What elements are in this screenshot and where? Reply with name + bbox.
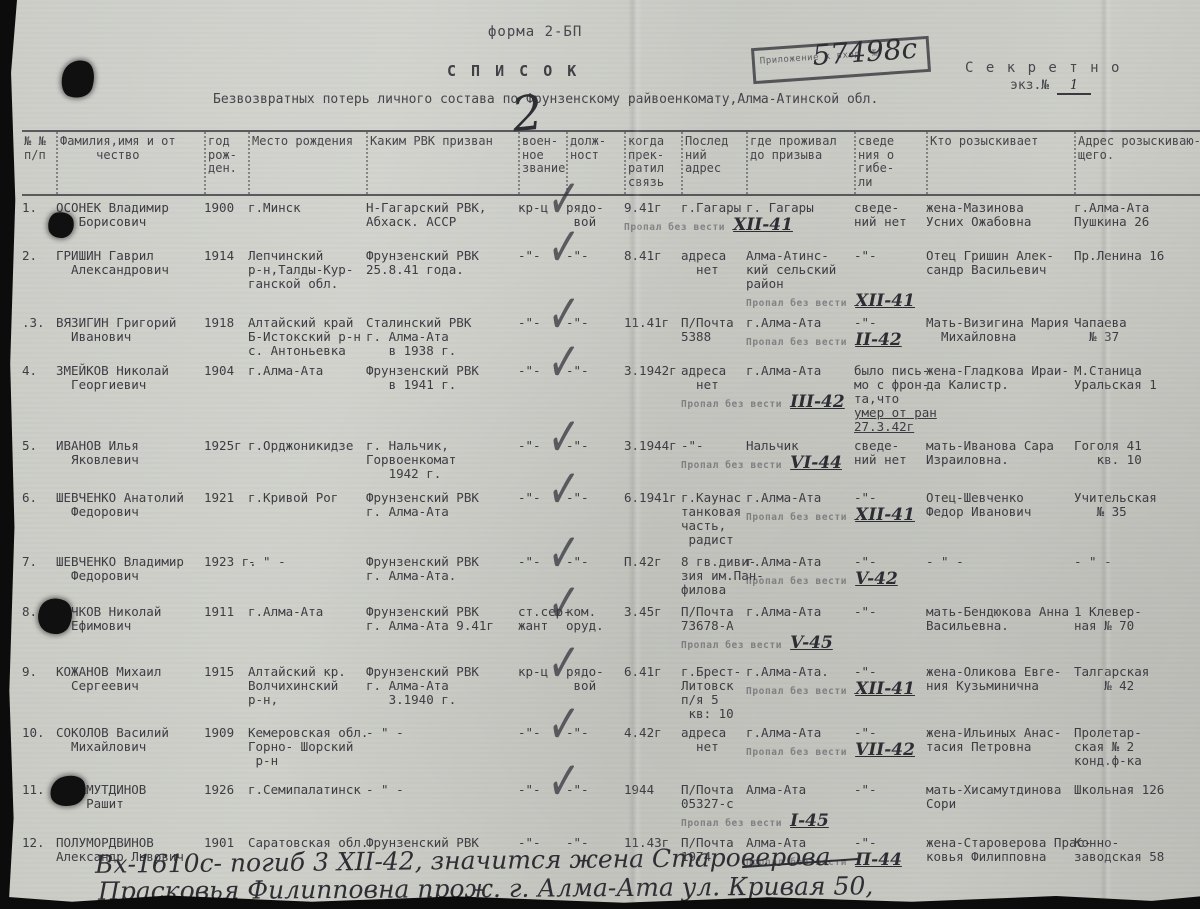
secrecy-label: С е к р е т н о — [965, 60, 1121, 76]
cell-seeker_addr: - " - — [1074, 550, 1200, 600]
cell-duty: ком. оруд. — [566, 600, 624, 660]
missing-in-action-stamp: Пропал без вестиI-45 — [681, 814, 746, 831]
loss-table: № № п/пФамилия,имя и от чествогод рож- д… — [22, 130, 1200, 871]
column-header-last_addr: Послед ний адрес — [681, 132, 746, 194]
cell-seeker_addr: г.Алма-Ата Пушкина 26 — [1074, 196, 1200, 244]
column-header-seeker_addr: Адрес розыскиваю- щего. — [1074, 132, 1200, 194]
copy-number-value: 1 — [1057, 78, 1091, 95]
table-row: 4.ЗМЕЙКОВ Николай Георгиевич1904г.Алма-А… — [22, 359, 1200, 434]
cell-last_addr: г.Брест- Литовск п/я 5 кв: 10 — [681, 660, 746, 721]
cell-duty: -"- — [566, 244, 624, 311]
table-row: .3.ВЯЗИГИН Григорий Иванович1918Алтайски… — [22, 311, 1200, 359]
cell-seeker: жена-Староверова Прас- ковья Филипповна — [926, 831, 1074, 871]
cell-duty: рядо- вой — [566, 660, 624, 721]
missing-in-action-stamp: Пропал без вестиXII-41 — [746, 682, 854, 699]
cell-info: было пись- мо с фрон- та,чтоумер от ран … — [854, 359, 926, 434]
table-row: 11.ХИСАМУТДИНОВ Рашит1926г.Семипалатинск… — [22, 778, 1200, 831]
scan-edge-left — [0, 0, 17, 909]
cell-seeker_addr: Чапаева № 37 — [1074, 311, 1200, 359]
intake-stamp-number: 57498с — [811, 32, 918, 72]
cell-lived: г.Алма-АтаПропал без вестиXII-41 — [746, 486, 854, 550]
cell-name: ВЯЗИГИН Григорий Иванович — [56, 311, 204, 359]
column-header-info: сведе ния о гибе- ли — [854, 132, 926, 194]
scanned-document: форма 2-БП С П И С О К Безвозвратных пот… — [0, 0, 1200, 909]
cell-duty: -"- — [566, 721, 624, 778]
cell-seeker_addr: Школьная 126 — [1074, 778, 1200, 831]
cell-seeker_addr: 1 Клевер- ная № 70 — [1074, 600, 1200, 660]
cell-lived: Нальчик — [746, 434, 854, 486]
cell-birthplace: Лепчинский р-н,Талды-Кур- ганской обл. — [248, 244, 366, 311]
cell-info: -"- — [854, 660, 926, 721]
cell-seeker_addr: М.Станица Уральская 1 — [1074, 359, 1200, 434]
cell-when_lost: 8.41г — [624, 244, 681, 311]
cell-rvk: Фрунзенский РВК г. Алма-Ата — [366, 486, 518, 550]
cell-last_addr: адреса нет — [681, 244, 746, 311]
document-subtitle: Безвозвратных потерь личного состава по … — [213, 92, 878, 107]
cell-seeker_addr: Пр.Ленина 16 — [1074, 244, 1200, 311]
cell-rank: -"-✓ — [518, 434, 566, 486]
missing-in-action-stamp: Пропал без вестиXII-41 — [624, 218, 681, 235]
cell-birthplace: г.Минск — [248, 196, 366, 244]
cell-seeker: Мать-Визигина Мария Михайловна — [926, 311, 1074, 359]
cell-rank: -"-✓ — [518, 359, 566, 434]
cell-birthplace: - " - — [248, 550, 366, 600]
cell-seeker: Отец-Шевченко Федор Иванович — [926, 486, 1074, 550]
cell-rvk: - " - — [366, 721, 518, 778]
column-header-name: Фамилия,имя и от чество — [56, 132, 204, 194]
cell-when_lost: 3.1942г — [624, 359, 681, 434]
cell-info: -"- — [854, 550, 926, 600]
cell-num: 6. — [22, 486, 56, 550]
missing-in-action-stamp: Пропал без вестиXII-41 — [746, 508, 854, 525]
cell-lived: г.Алма-АтаПропал без вестиII-42 — [746, 311, 854, 359]
cell-rvk: - " - — [366, 778, 518, 831]
cell-info: -"- — [854, 486, 926, 550]
death-note-underlined: умер от ран 27.3.42г — [854, 406, 926, 434]
cell-year: 1904 — [204, 359, 248, 434]
cell-lived: г.Алма-АтаПропал без вестиV-42 — [746, 550, 854, 600]
cell-info: -"- — [854, 721, 926, 778]
column-header-rvk: Каким РВК призван — [366, 132, 518, 194]
cell-last_addr: -"-Пропал без вестиVI-44 — [681, 434, 746, 486]
cell-when_lost: 3.45г — [624, 600, 681, 660]
cell-rvk: Сталинский РВК г. Алма-Ата в 1938 г. — [366, 311, 518, 359]
missing-in-action-stamp: Пропал без вестиV-45 — [681, 636, 746, 653]
cell-num: 12. — [22, 831, 56, 871]
cell-year: 1909 — [204, 721, 248, 778]
cell-last_addr: адреса нетПропал без вестиIII-42 — [681, 359, 746, 434]
column-header-duty: долж- ност — [566, 132, 624, 194]
copy-number-label: экз.№ — [1010, 78, 1049, 93]
cell-seeker_addr: Пролетар- ская № 2 конд.ф-ка — [1074, 721, 1200, 778]
cell-info: сведе- ний нет — [854, 196, 926, 244]
cell-rank: кр-ц✓ — [518, 660, 566, 721]
cell-last_addr: г.Гагары — [681, 196, 746, 244]
cell-info: -"- — [854, 831, 926, 871]
cell-when_lost: 6.1941г — [624, 486, 681, 550]
cell-seeker: жена-Ильиных Анас- тасия Петровна — [926, 721, 1074, 778]
cell-name: ШЕВЧЕНКО Владимир Федорович — [56, 550, 204, 600]
table-row: 5.ИВАНОВ Илья Яковлевич1925гг.Орджоникид… — [22, 434, 1200, 486]
cell-rank: -"-✓ — [518, 486, 566, 550]
cell-seeker: Отец Гришин Алек- сандр Васильевич — [926, 244, 1074, 311]
cell-duty: -"- — [566, 550, 624, 600]
cell-seeker: жена-Мазинова Усних Ожабовна — [926, 196, 1074, 244]
cell-seeker_addr: Талгарская № 42 — [1074, 660, 1200, 721]
cell-last_addr: П/Почта 05327-сПропал без вестиI-45 — [681, 778, 746, 831]
cell-year: 1914 — [204, 244, 248, 311]
cell-name: ШЕВЧЕНКО Анатолий Федорович — [56, 486, 204, 550]
cell-rvk: Фрунзенский РВК г. Алма-Ата. — [366, 550, 518, 600]
cell-rank: -"-✓ — [518, 778, 566, 831]
cell-seeker_addr: Учительская № 35 — [1074, 486, 1200, 550]
table-body: 1.ОСОНЕК Владимир Борисович1900г.МинскН-… — [22, 196, 1200, 871]
table-row: 8.ЖУЧКОВ Николай Ефимович1911г.Алма-АтаФ… — [22, 600, 1200, 660]
cell-seeker: жена-Оликова Евге- ния Кузьминична — [926, 660, 1074, 721]
cell-lived: г.Алма-АтаПропал без вестиVII-42 — [746, 721, 854, 778]
cell-birthplace: г.Алма-Ата — [248, 359, 366, 434]
table-row: 9.КОЖАНОВ Михаил Сергеевич1915Алтайский … — [22, 660, 1200, 721]
cell-rvk: Н-Гагарский РВК, Абхаск. АССР — [366, 196, 518, 244]
document-title: С П И С О К — [447, 62, 579, 80]
table-row: 10.СОКОЛОВ Василий Михайлович1909Кемеров… — [22, 721, 1200, 778]
missing-in-action-stamp: Пропал без вестиIII-42 — [681, 395, 746, 412]
cell-name: ЖУЧКОВ Николай Ефимович — [56, 600, 204, 660]
table-header: № № п/пФамилия,имя и от чествогод рож- д… — [22, 130, 1200, 196]
column-header-rank: воен- ное звание — [518, 132, 566, 194]
cell-duty: -"- — [566, 486, 624, 550]
cell-seeker: мать-Бендюкова Анна Васильевна. — [926, 600, 1074, 660]
cell-year: 1915 — [204, 660, 248, 721]
column-header-birthplace: Место рождения — [248, 132, 366, 194]
cell-rvk: Фрунзенский РВК г. Алма-Ата 9.41г — [366, 600, 518, 660]
cell-name: ОСОНЕК Владимир Борисович — [56, 196, 204, 244]
cell-info: -"- — [854, 244, 926, 311]
cell-birthplace: Алтайский край Б-Истокский р-н с. Антонь… — [248, 311, 366, 359]
cell-rvk: Фрунзенский РВК г. Алма-Ата 3.1940 г. — [366, 660, 518, 721]
cell-rank: -"-✓ — [518, 721, 566, 778]
cell-when_lost: 3.1944г — [624, 434, 681, 486]
cell-num: 5. — [22, 434, 56, 486]
cell-when_lost: 4.42г — [624, 721, 681, 778]
paper-hole — [58, 57, 99, 102]
cell-duty: -"- — [566, 434, 624, 486]
cell-lived: г. Гагары — [746, 196, 854, 244]
cell-when_lost: 6.41г — [624, 660, 681, 721]
cell-rvk: г. Нальчик, Горвоенкомат 1942 г. — [366, 434, 518, 486]
cell-lived: Алма-Ата — [746, 778, 854, 831]
cell-duty: -"- — [566, 311, 624, 359]
cell-rank: ст.сер- жант✓ — [518, 600, 566, 660]
cell-num: 2. — [22, 244, 56, 311]
cell-year: 1925г — [204, 434, 248, 486]
cell-seeker: - " - — [926, 550, 1074, 600]
copy-number: экз.№ 1 — [1010, 78, 1091, 95]
cell-rvk: Фрунзенский РВК 25.8.41 года. — [366, 244, 518, 311]
cell-year: 1921 — [204, 486, 248, 550]
cell-birthplace: г.Алма-Ата — [248, 600, 366, 660]
cell-when_lost: 1944 — [624, 778, 681, 831]
cell-name: СОКОЛОВ Василий Михайлович — [56, 721, 204, 778]
cell-year: 1911 — [204, 600, 248, 660]
cell-rvk: Фрунзенский РВК в 1941 г. — [366, 359, 518, 434]
cell-info: -"- — [854, 311, 926, 359]
table-row: 2.ГРИШИН Гаврил Александрович1914Лепчинс… — [22, 244, 1200, 311]
cell-lived: г.Алма-Ата — [746, 359, 854, 434]
missing-in-action-stamp: Пропал без вестиVII-42 — [746, 743, 854, 760]
column-header-seeker: Кто розыскивает — [926, 132, 1074, 194]
cell-seeker: мать-Иванова Сара Израиловна. — [926, 434, 1074, 486]
cell-seeker_addr: Конно- заводская 58 — [1074, 831, 1200, 871]
cell-num: .3. — [22, 311, 56, 359]
cell-birthplace: Алтайский кр. Волчихинский р-н, — [248, 660, 366, 721]
cell-birthplace: Кемеровская обл. Горно- Шорский р-н — [248, 721, 366, 778]
cell-name: ИВАНОВ Илья Яковлевич — [56, 434, 204, 486]
cell-rank: кр-ц✓ — [518, 196, 566, 244]
cell-when_lost: П.42г — [624, 550, 681, 600]
cell-year: 1900 — [204, 196, 248, 244]
cell-num: 9. — [22, 660, 56, 721]
cell-lived: г.Алма-Ата.Пропал без вестиXII-41 — [746, 660, 854, 721]
cell-last_addr: 8 гв.диви- зия им.Пан- филова — [681, 550, 746, 600]
cell-birthplace: г.Орджоникидзе — [248, 434, 366, 486]
column-header-lived: где проживал до призыва — [746, 132, 854, 194]
column-header-year: год рож- ден. — [204, 132, 248, 194]
cell-info: сведе- ний нет — [854, 434, 926, 486]
cell-seeker: мать-Хисамутдинова Сори — [926, 778, 1074, 831]
cell-name: КОЖАНОВ Михаил Сергеевич — [56, 660, 204, 721]
cell-rank: -"-✓ — [518, 311, 566, 359]
cell-last_addr: П/Почта 5388 — [681, 311, 746, 359]
cell-num: 7. — [22, 550, 56, 600]
missing-in-action-stamp: Пропал без вестиII-42 — [746, 333, 854, 350]
cell-lived: г.Алма-Ата — [746, 600, 854, 660]
cell-info: -"- — [854, 778, 926, 831]
cell-year: 1918 — [204, 311, 248, 359]
cell-duty: -"- — [566, 359, 624, 434]
missing-in-action-stamp: Пропал без вестиV-42 — [746, 572, 854, 589]
form-number-label: форма 2-БП — [488, 24, 582, 40]
table-row: 6.ШЕВЧЕНКО Анатолий Федорович1921г.Криво… — [22, 486, 1200, 550]
table-row: 7.ШЕВЧЕНКО Владимир Федорович1923 г.- " … — [22, 550, 1200, 600]
table-row: 1.ОСОНЕК Владимир Борисович1900г.МинскН-… — [22, 196, 1200, 244]
cell-birthplace: г.Семипалатинск — [248, 778, 366, 831]
cell-name: ЗМЕЙКОВ Николай Георгиевич — [56, 359, 204, 434]
cell-num: 10. — [22, 721, 56, 778]
missing-in-action-stamp: Пропал без вестиVI-44 — [681, 456, 746, 473]
cell-duty: рядо- вой — [566, 196, 624, 244]
cell-last_addr: г.Каунас танковая часть, радист — [681, 486, 746, 550]
missing-in-action-stamp: Пропал без вестиXII-41 — [746, 294, 854, 311]
column-header-when_lost: когда прек- ратил связь — [624, 132, 681, 194]
column-header-num: № № п/п — [22, 132, 56, 194]
cell-seeker: жена-Гладкова Ираи- да Калистр. — [926, 359, 1074, 434]
cell-seeker_addr: Гоголя 41 кв. 10 — [1074, 434, 1200, 486]
cell-when_lost: 9.41гПропал без вестиXII-41 — [624, 196, 681, 244]
cell-name: ГРИШИН Гаврил Александрович — [56, 244, 204, 311]
cell-lived: Алма-Атинс- кий сельский районПропал без… — [746, 244, 854, 311]
cell-year: 1923 г. — [204, 550, 248, 600]
cell-last_addr: адреса нет — [681, 721, 746, 778]
cell-when_lost: 11.41г — [624, 311, 681, 359]
intake-stamp: Приложение к вход. № 57498с — [751, 36, 931, 84]
cell-num: 4. — [22, 359, 56, 434]
cell-year: 1926 — [204, 778, 248, 831]
cell-last_addr: П/Почта 73678-АПропал без вестиV-45 — [681, 600, 746, 660]
cell-info: -"- — [854, 600, 926, 660]
cell-duty: -"- — [566, 778, 624, 831]
cell-rank: -"-✓ — [518, 244, 566, 311]
cell-rank: -"-✓ — [518, 550, 566, 600]
cell-birthplace: г.Кривой Рог — [248, 486, 366, 550]
